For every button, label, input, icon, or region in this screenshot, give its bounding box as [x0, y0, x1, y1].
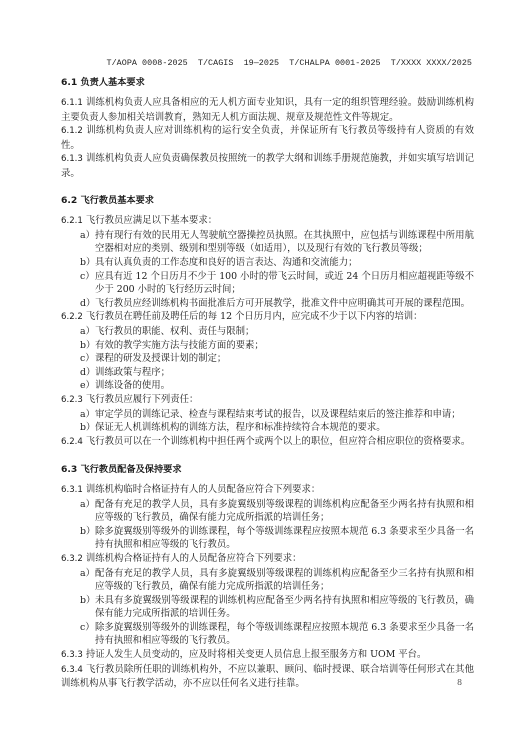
document-page: T/AOPA 0008-2025 T/CAGIS 19—2025 T/CHALP…	[0, 0, 516, 730]
clause-6-2-2: 6.2.2飞行教员在聘任前及聘任后的每 12 个日历月内，应完成不少于以下内容的…	[61, 310, 474, 325]
list-text: 课程的研发及授课计划的制定；	[95, 353, 226, 364]
clause-number: 6.3.3	[61, 650, 83, 660]
section-title: 飞行教员配备及保持要求	[80, 464, 181, 475]
list-text: 审定学员的训练记录、检查与课程结束考试的报告，以及课程结束后的签注推荐和申请；	[95, 409, 461, 420]
list-text: 训练设备的使用。	[95, 380, 170, 391]
clause-6-1-2: 6.1.2训练机构负责人应对训练机构的运行安全负责，并保证所有飞行教员等级持有人…	[61, 124, 474, 152]
list-label: a）	[80, 325, 95, 339]
list-label: b）	[80, 525, 95, 539]
list-item: a）飞行教员的职能、权利、责任与限制；	[61, 325, 474, 339]
list-label: a）	[80, 567, 95, 581]
list-text: 除多旋翼级别等级外的训练课程，每个等级训练课程应按照本规范 6.3 条要求至少具…	[95, 526, 474, 551]
list-text: 持有现行有效的民用无人驾驶航空器操控员执照。在其执照中，应包括与训练课程中所用航…	[95, 230, 474, 255]
list-text: 配备有充足的教学人员，具有多旋翼级别等级课程的训练机构应配备至少三名持有执照和相…	[95, 568, 474, 593]
section-title: 负责人基本要求	[80, 77, 144, 88]
list-text: 飞行教员的职能、权利、责任与限制；	[95, 326, 254, 337]
clause-text: 训练机构负责人应具备相应的无人机方面专业知识，具有一定的组织管理经验。鼓励训练机…	[61, 97, 474, 123]
clause-6-3-3: 6.3.3持证人发生人员变动的，应及时将相关变更人员信息上报至服务方和 UOM …	[61, 648, 474, 663]
list-text: 除多旋翼级别等级外的训练课程，每个等级训练课程应按照本规范 6.3 条要求至少具…	[95, 622, 474, 647]
list-label: c）	[80, 621, 95, 635]
list-item: a）配备有充足的教学人员，具有多旋翼级别等级课程的训练机构应配备至少三名持有执照…	[61, 567, 474, 594]
list-label: c）	[80, 270, 95, 284]
section-heading-6-2: 6.2 飞行教员基本要求	[61, 194, 474, 208]
list-item: a）持有现行有效的民用无人驾驶航空器操控员执照。在其执照中，应包括与训练课程中所…	[61, 229, 474, 256]
list-text: 训练政策与程序；	[95, 367, 170, 378]
clause-number: 6.1.3	[61, 154, 83, 164]
section-number: 6.3	[61, 464, 77, 475]
clause-6-2-4: 6.2.4飞行教员可以在一个训练机构中担任两个或两个以上的职位，但应符合相应职位…	[61, 435, 474, 450]
list-item: c）课程的研发及授课计划的制定；	[61, 352, 474, 366]
list-item: e）训练设备的使用。	[61, 379, 474, 393]
standard-code-header: T/AOPA 0008-2025 T/CAGIS 19—2025 T/CHALP…	[107, 58, 472, 68]
list-item: b）除多旋翼级别等级外的训练课程，每个等级训练课程应按照本规范 6.3 条要求至…	[61, 525, 474, 552]
clause-6-2-1: 6.2.1飞行教员应满足以下基本要求：	[61, 214, 474, 229]
list-item: b）有效的教学实施方法与技能方面的要素；	[61, 339, 474, 353]
list-item: a）配备有充足的教学人员，具有多旋翼级别等级课程的训练机构应配备至少两名持有执照…	[61, 498, 474, 525]
list-text: 未具有多旋翼级别等级课程的训练机构应配备至少两名持有执照和相应等级的飞行教员，确…	[95, 595, 474, 620]
list-item: b）未具有多旋翼级别等级课程的训练机构应配备至少两名持有执照和相应等级的飞行教员…	[61, 594, 474, 621]
list-item: b）具有认真负责的工作态度和良好的语言表达、沟通和交流能力；	[61, 256, 474, 270]
page-number: 8	[457, 678, 462, 687]
clause-text: 飞行教员应满足以下基本要求：	[86, 215, 217, 226]
list-label: b）	[80, 421, 95, 435]
list-text: 配备有充足的教学人员，具有多旋翼级别等级课程的训练机构应配备至少两名持有执照和相…	[95, 499, 474, 524]
clause-number: 6.1.1	[61, 98, 83, 108]
clause-number: 6.1.2	[61, 126, 83, 136]
clause-number: 6.2.2	[61, 312, 83, 322]
clause-6-3-1: 6.3.1训练机构临时合格证持有人的人员配备应符合下列要求：	[61, 483, 474, 498]
clause-6-1-3: 6.1.3训练机构负责人应负责确保教员按照统一的教学大纲和训练手册规范施教，并如…	[61, 152, 474, 180]
section-number: 6.2	[61, 195, 77, 206]
clause-text: 训练机构临时合格证持有人的人员配备应符合下列要求：	[86, 484, 320, 495]
page-content: 6.1 负责人基本要求 6.1.1训练机构负责人应具备相应的无人机方面专业知识，…	[61, 76, 474, 691]
section-title: 飞行教员基本要求	[80, 195, 154, 206]
list-label: e）	[80, 379, 95, 393]
clause-6-2-3: 6.2.3飞行教员应履行下列责任：	[61, 393, 474, 408]
list-item: d）训练政策与程序；	[61, 366, 474, 380]
clause-6-3-4: 6.3.4飞行教员除所任职的训练机构外，不应以兼职、顾问、临时授课、联合培训等任…	[61, 663, 474, 691]
list-label: a）	[80, 498, 95, 512]
list-item: b）保证无人机训练机构的训练方法，程序和标准持续符合本规范的要求。	[61, 421, 474, 435]
list-text: 保证无人机训练机构的训练方法，程序和标准持续符合本规范的要求。	[95, 422, 386, 433]
section-heading-6-1: 6.1 负责人基本要求	[61, 76, 474, 90]
list-item: d）飞行教员应经训练机构书面批准后方可开展教学，批准文件中应明确其可开展的课程范…	[61, 297, 474, 311]
clause-6-3-2: 6.3.2训练机构合格证持有人的人员配备应符合下列要求：	[61, 552, 474, 567]
clause-text: 训练机构负责人应负责确保教员按照统一的教学大纲和训练手册规范施教，并如实填写培训…	[61, 153, 474, 179]
list-label: b）	[80, 339, 95, 353]
clause-text: 训练机构负责人应对训练机构的运行安全负责，并保证所有飞行教员等级持有人资质的有效…	[61, 125, 474, 151]
clause-6-1-1: 6.1.1训练机构负责人应具备相应的无人机方面专业知识，具有一定的组织管理经验。…	[61, 96, 474, 124]
clause-number: 6.3.2	[61, 554, 83, 564]
clause-text: 飞行教员应履行下列责任：	[86, 394, 199, 405]
list-item: c）除多旋翼级别等级外的训练课程，每个等级训练课程应按照本规范 6.3 条要求至…	[61, 621, 474, 648]
list-label: d）	[80, 297, 95, 311]
section-heading-6-3: 6.3 飞行教员配备及保持要求	[61, 463, 474, 477]
list-item: c）应具有近 12 个日历月不少于 100 小时的带飞云时间，或近 24 个日历…	[61, 270, 474, 297]
list-label: b）	[80, 594, 95, 608]
clause-number: 6.3.4	[61, 665, 83, 675]
clause-text: 训练机构合格证持有人的人员配备应符合下列要求：	[86, 553, 302, 564]
clause-number: 6.2.3	[61, 395, 83, 405]
section-number: 6.1	[61, 77, 77, 88]
list-text: 应具有近 12 个日历月不少于 100 小时的带飞云时间，或近 24 个日历月相…	[95, 271, 474, 296]
clause-text: 持证人发生人员变动的，应及时将相关变更人员信息上报至服务方和 UOM 平台。	[86, 649, 427, 660]
list-item: a）审定学员的训练记录、检查与课程结束考试的报告，以及课程结束后的签注推荐和申请…	[61, 408, 474, 422]
list-text: 飞行教员应经训练机构书面批准后方可开展教学，批准文件中应明确其可开展的课程范围。	[95, 298, 470, 309]
clause-number: 6.3.1	[61, 485, 83, 495]
clause-text: 飞行教员在聘任前及聘任后的每 12 个日历月内，应完成不少于以下内容的培训：	[86, 311, 423, 322]
list-label: d）	[80, 366, 95, 380]
clause-number: 6.2.1	[61, 216, 83, 226]
list-label: a）	[80, 408, 95, 422]
list-text: 有效的教学实施方法与技能方面的要素；	[95, 340, 264, 351]
list-text: 具有认真负责的工作态度和良好的语言表达、沟通和交流能力；	[95, 257, 358, 268]
list-label: c）	[80, 352, 95, 366]
clause-text: 飞行教员可以在一个训练机构中担任两个或两个以上的职位，但应符合相应职位的资格要求…	[86, 436, 470, 447]
clause-number: 6.2.4	[61, 437, 83, 447]
list-label: a）	[80, 229, 95, 243]
clause-text: 飞行教员除所任职的训练机构外，不应以兼职、顾问、临时授课、联合培训等任何形式在其…	[61, 664, 474, 690]
list-label: b）	[80, 256, 95, 270]
